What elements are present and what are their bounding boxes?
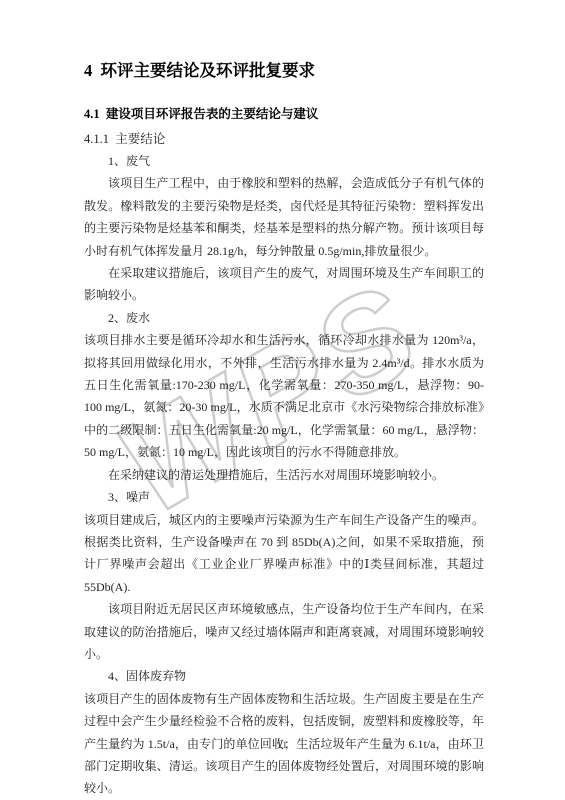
subsection-heading: 4.1.1 主要结论 [84,129,484,150]
list-title-waste-gas: 1、废气 [84,150,484,172]
paragraph: 在采取建议措施后，该项目产生的废气，对周围环境及生产车间职工的影响较小。 [84,262,484,307]
page-number: 11 [0,741,565,751]
paragraph: 在采纳建议的清运处理措施后，生活污水对周围环境影响较小。 [84,464,484,486]
section-heading: 4.1 建设项目环评报告表的主要结论与建议 [84,104,484,125]
document-content: 4 环评主要结论及环评批复要求 4.1 建设项目环评报告表的主要结论与建议 4.… [84,58,484,800]
list-title-waste-water: 2、废水 [84,307,484,329]
chapter-heading: 4 环评主要结论及环评批复要求 [84,58,484,84]
paragraph: 该项目建成后，城区内的主要噪声污染源为生产车间生产设备产生的噪声。根据类比资料，… [84,509,484,599]
body-text: 1、废气 该项目生产工程中，由于橡胶和塑料的热解，会造成低分子有机气体的散发。橡… [84,150,484,800]
list-title-solid-waste: 4、固体废弃物 [84,665,484,687]
paragraph: 该项目排水主要是循环冷却水和生活污水，循环冷却水排水量为 120m³/a，拟将其… [84,329,484,463]
document-page: WPS 4 环评主要结论及环评批复要求 4.1 建设项目环评报告表的主要结论与建… [0,0,565,800]
list-title-noise: 3、噪声 [84,486,484,508]
paragraph: 该项目生产工程中，由于橡胶和塑料的热解，会造成低分子有机气体的散发。橡料散发的主… [84,172,484,262]
paragraph: 该项目附近无居民区声环境敏感点，生产设备均位于生产车间内，在采取建议的防治措施后… [84,598,484,665]
